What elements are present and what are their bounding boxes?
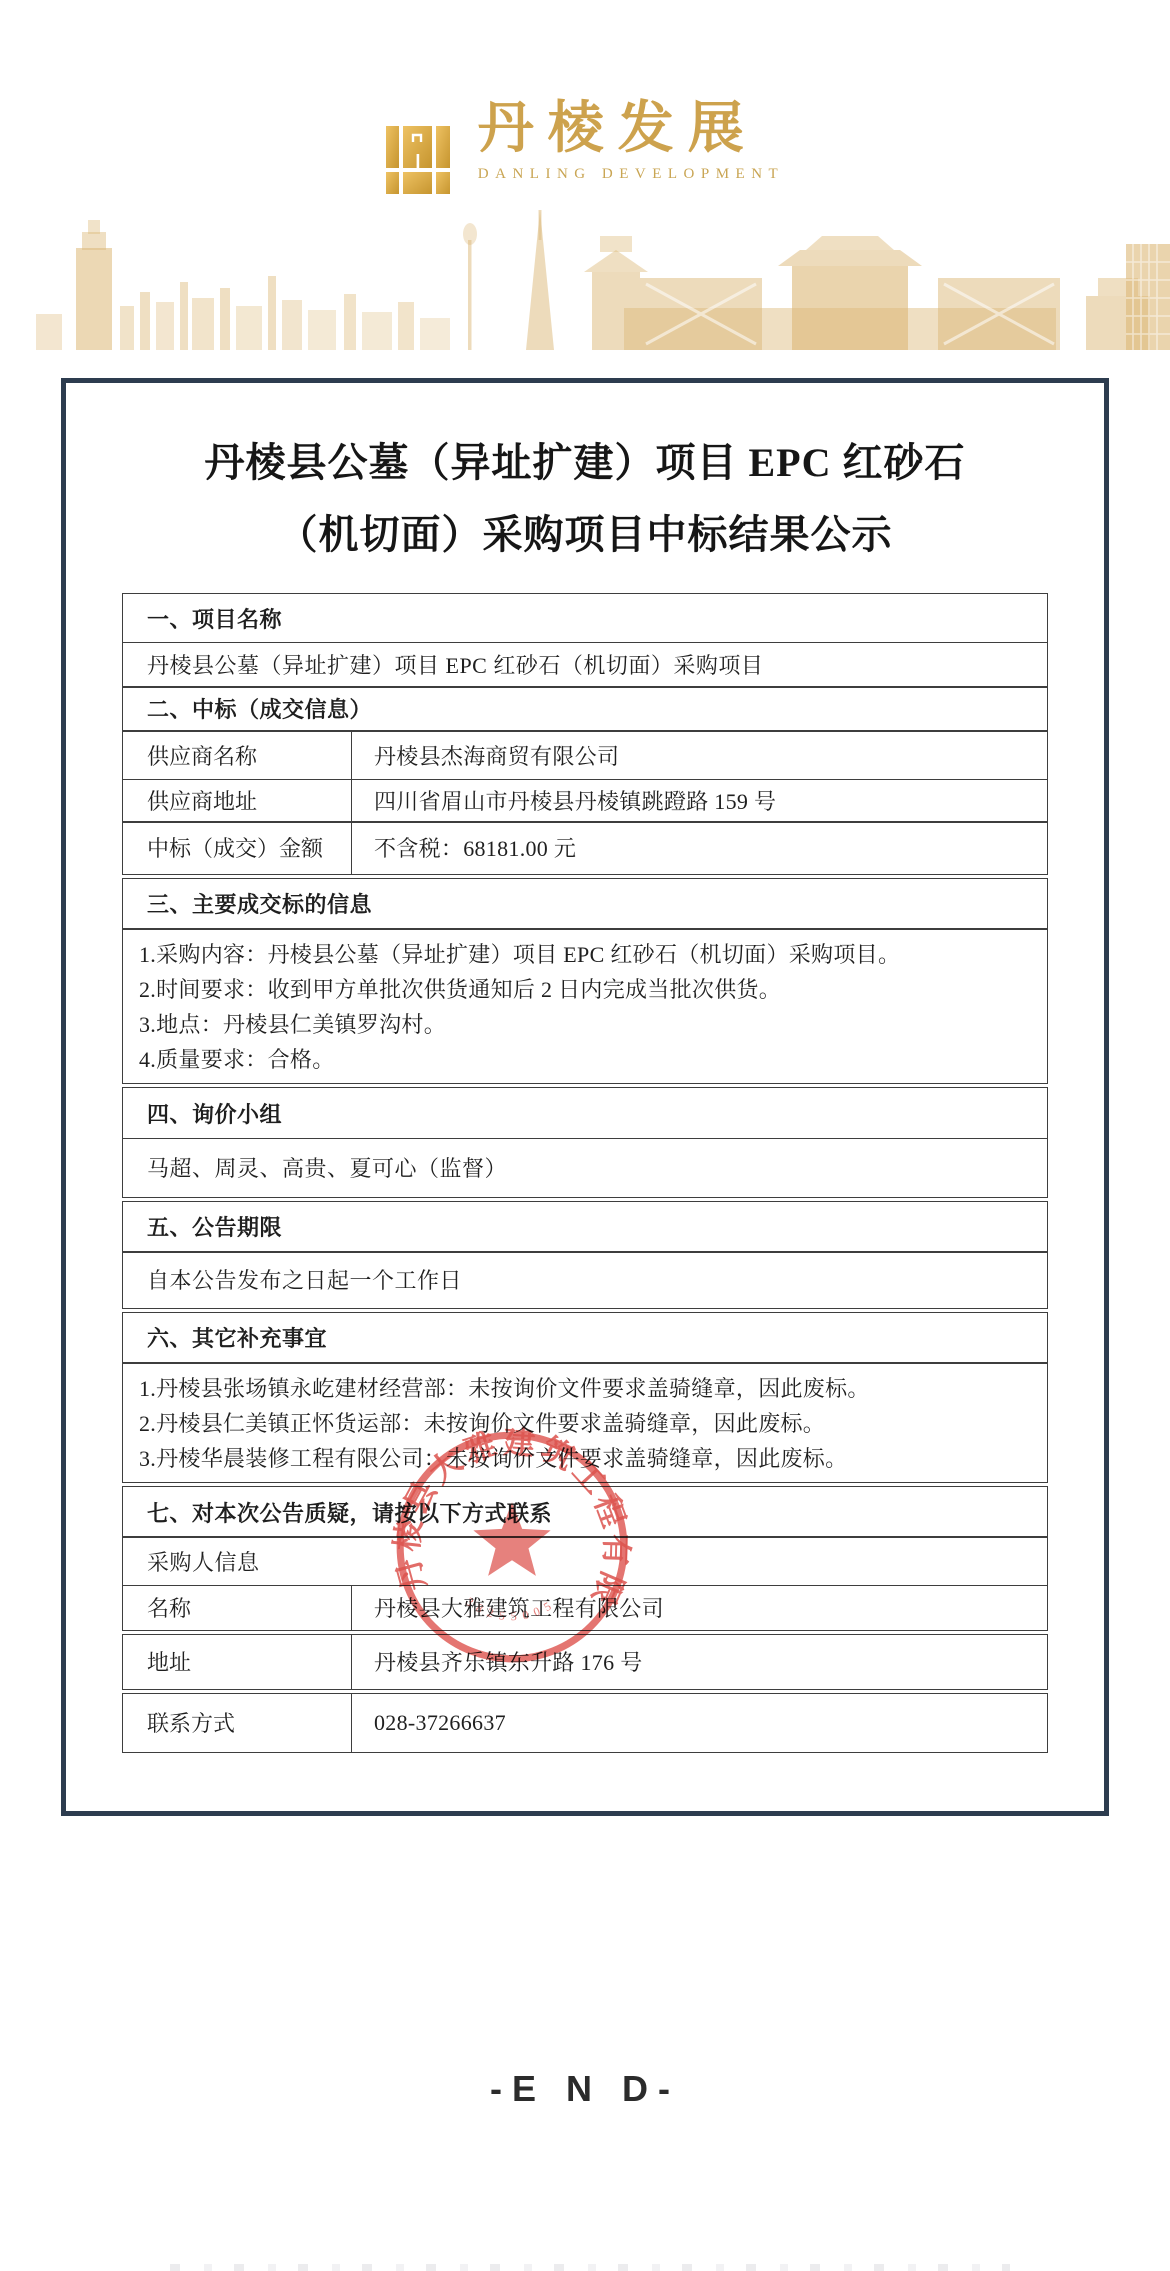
row-label: 供应商名称 (123, 731, 352, 779)
row-label: 名称 (123, 1586, 352, 1630)
purchaser-info-row: 采购人信息 (122, 1536, 1048, 1586)
brand-name-en: DANLING DEVELOPMENT (478, 166, 784, 183)
announcement-card: 丹棱县公墓（异址扩建）项目 EPC 红砂石 （机切面）采购项目中标结果公示 一、… (61, 378, 1109, 1816)
section-4-header: 四、询价小组 (122, 1087, 1048, 1139)
supplier-address-row: 供应商地址 四川省眉山市丹棱县丹棱镇跳蹬路 159 号 (122, 779, 1048, 823)
row-text: 4.质量要求：合格。 (139, 1042, 1029, 1077)
row-value: 丹棱县杰海商贸有限公司 (352, 740, 1047, 771)
section-header-text: 一、项目名称 (123, 603, 282, 634)
row-value: 四川省眉山市丹棱县丹棱镇跳蹬路 159 号 (352, 785, 1047, 816)
award-amount-row: 中标（成交）金额 不含税：68181.00 元 (122, 821, 1048, 875)
section-2-header: 二、中标（成交信息） (122, 686, 1048, 732)
brand-header: 丹棱发展 DANLING DEVELOPMENT (0, 0, 1170, 210)
section-header-text: 三、主要成交标的信息 (123, 888, 372, 919)
deal-info-row: 1.采购内容：丹棱县公墓（异址扩建）项目 EPC 红砂石（机切面）采购项目。 2… (122, 928, 1048, 1084)
supplement-row: 1.丹棱县张场镇永屹建材经营部：未按询价文件要求盖骑缝章，因此废标。 2.丹棱县… (122, 1362, 1048, 1483)
row-label: 供应商地址 (123, 780, 352, 822)
notice-period-row: 自本公告发布之日起一个工作日 (122, 1251, 1048, 1309)
row-text: 1.丹棱县张场镇永屹建材经营部：未按询价文件要求盖骑缝章，因此废标。 (139, 1371, 1029, 1406)
section-1-header: 一、项目名称 (122, 593, 1048, 643)
row-value: 丹棱县大雅建筑工程有限公司 (352, 1592, 1047, 1623)
brand-name-cn: 丹棱发展 (478, 98, 784, 160)
supplier-name-row: 供应商名称 丹棱县杰海商贸有限公司 (122, 730, 1048, 780)
row-text: 马超、周灵、高贵、夏可心（监督） (123, 1152, 507, 1183)
contact-row: 联系方式 028-37266637 (122, 1693, 1048, 1753)
section-header-text: 六、其它补充事宜 (123, 1322, 327, 1353)
row-label: 联系方式 (123, 1694, 352, 1752)
section-3-header: 三、主要成交标的信息 (122, 878, 1048, 930)
title-line-2: （机切面）采购项目中标结果公示 (66, 499, 1104, 571)
section-7-header: 七、对本次公告质疑，请按以下方式联系 (122, 1486, 1048, 1538)
section-header-text: 二、中标（成交信息） (123, 693, 372, 724)
row-text: 丹棱县公墓（异址扩建）项目 EPC 红砂石（机切面）采购项目 (123, 649, 763, 680)
row-text: 3.丹棱华晨装修工程有限公司：未按询价文件要求盖骑缝章，因此废标。 (139, 1441, 1029, 1476)
row-label: 中标（成交）金额 (123, 822, 352, 874)
page-title: 丹棱县公墓（异址扩建）项目 EPC 红砂石 （机切面）采购项目中标结果公示 (66, 427, 1104, 571)
project-name-row: 丹棱县公墓（异址扩建）项目 EPC 红砂石（机切面）采购项目 (122, 642, 1048, 688)
section-6-header: 六、其它补充事宜 (122, 1312, 1048, 1364)
row-value: 028-37266637 (352, 1710, 1047, 1736)
row-label: 地址 (123, 1635, 352, 1689)
row-text: 3.地点：丹棱县仁美镇罗沟村。 (139, 1007, 1029, 1042)
row-text: 自本公告发布之日起一个工作日 (123, 1264, 462, 1295)
purchaser-address-row: 地址 丹棱县齐乐镇东升路 176 号 (122, 1634, 1048, 1690)
danling-logo-icon (386, 126, 450, 194)
row-value: 不含税：68181.00 元 (352, 832, 1047, 863)
title-line-1: 丹棱县公墓（异址扩建）项目 EPC 红砂石 (66, 427, 1104, 499)
section-header-text: 五、公告期限 (123, 1211, 282, 1242)
row-text: 采购人信息 (123, 1546, 260, 1577)
section-5-header: 五、公告期限 (122, 1201, 1048, 1253)
row-text: 1.采购内容：丹棱县公墓（异址扩建）项目 EPC 红砂石（机切面）采购项目。 (139, 937, 1029, 972)
cutoff-text-artifact (170, 2264, 1010, 2271)
end-label: -E N D- (0, 2068, 1170, 2110)
city-skyline-graphic (0, 210, 1170, 350)
inquiry-team-row: 马超、周灵、高贵、夏可心（监督） (122, 1138, 1048, 1198)
purchaser-name-row: 名称 丹棱县大雅建筑工程有限公司 (122, 1585, 1048, 1631)
row-text: 2.时间要求：收到甲方单批次供货通知后 2 日内完成当批次供货。 (139, 972, 1029, 1007)
row-value: 丹棱县齐乐镇东升路 176 号 (352, 1646, 1047, 1677)
section-header-text: 四、询价小组 (123, 1098, 282, 1129)
row-text: 2.丹棱县仁美镇正怀货运部：未按询价文件要求盖骑缝章，因此废标。 (139, 1406, 1029, 1441)
section-header-text: 七、对本次公告质疑，请按以下方式联系 (123, 1497, 552, 1528)
announcement-table: 一、项目名称 丹棱县公墓（异址扩建）项目 EPC 红砂石（机切面）采购项目 二、… (122, 593, 1048, 1752)
